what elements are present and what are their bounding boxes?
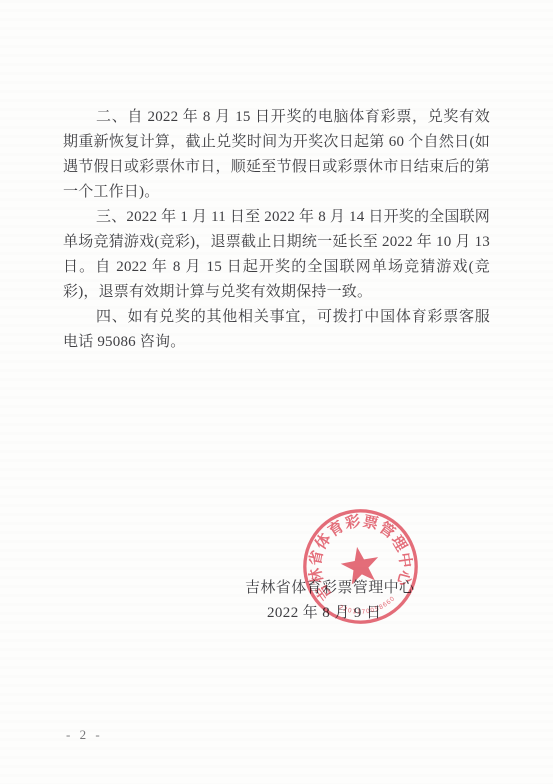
seal-circle-char: 彩 [344,512,363,533]
scanned-document-page: 二、自 2022 年 8 月 15 日开奖的电脑体育彩票，兑奖有效期重新恢复计算… [0,0,553,784]
signature-organization: 吉林省体育彩票管理中心 [245,576,414,601]
seal-circle-char: 理 [388,533,411,555]
seal-circle-char: 票 [361,512,380,533]
document-body: 二、自 2022 年 8 月 15 日开奖的电脑体育彩票，兑奖有效期重新恢复计算… [63,105,490,355]
paragraph-item-3: 三、2022 年 1 月 11 日至 2022 年 8 月 14 日开奖的全国联… [63,205,490,305]
paragraph-item-2: 二、自 2022 年 8 月 15 日开奖的电脑体育彩票，兑奖有效期重新恢复计算… [63,105,490,205]
seal-circle-char: 省 [307,549,327,567]
signature-date: 2022 年 8 月 9 日 [267,601,381,626]
paragraph-item-4: 四、如有兑奖的其他相关事宜，可拨打中国体育彩票客服电话 95086 咨询。 [63,305,490,355]
seal-circle-char: 管 [376,518,399,541]
seal-circle-char: 中 [395,552,414,569]
seal-circle-char: 育 [325,517,347,540]
page-number: - 2 - [66,727,103,743]
seal-circle-char: 体 [311,529,335,552]
